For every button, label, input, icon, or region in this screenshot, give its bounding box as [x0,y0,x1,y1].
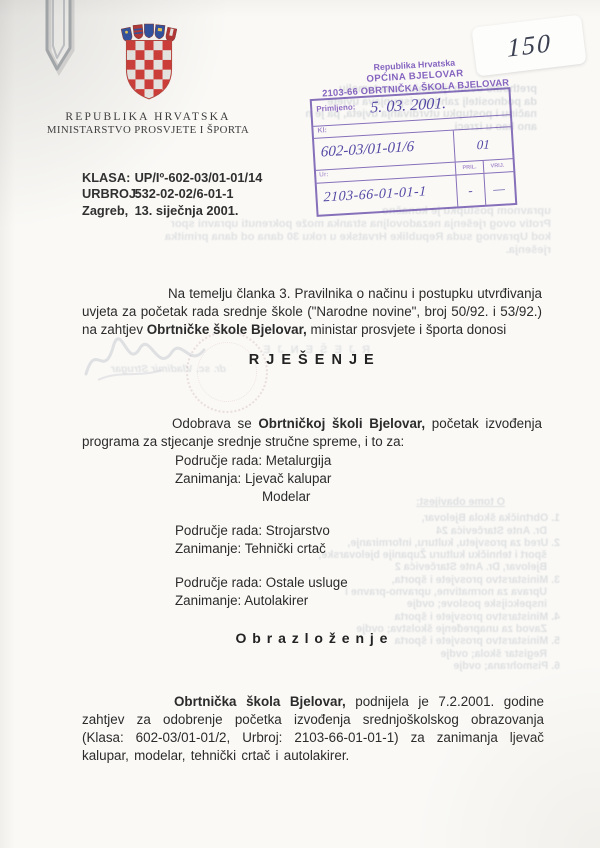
scanned-document-page: prethodio ovom rješenju, a na temelju da… [0,0,600,848]
klasa-value: UP/Iº-602-03/01-01/14 [135,170,263,185]
reference-city: Zagreb, [82,203,131,219]
reference-date: 13. siječnja 2001. [135,203,239,218]
stamp-pril-value-handwritten: - [468,182,473,198]
decision-heading: R J E Š E N J E [82,352,542,368]
program-occupation: Zanimanje: Tehnički crtač [175,540,348,558]
explanation-paragraph: Obrtnička škola Bjelovar, podnijela je 7… [82,693,544,765]
bleed-line: kod Upravnog suda Republike Hrvatske u r… [55,231,551,244]
bleed-line: Protiv ovog rješenja nezadovoljna strank… [55,218,551,231]
stamp-org-unit-handwritten: 01 [476,136,489,153]
letterhead-country: REPUBLIKA HRVATSKA [28,110,268,124]
explanation-school-name: Obrtnička škola Bjelovar, [174,694,346,709]
approval-paragraph: Odobrava se Obrtničkoj školi Bjelovar, p… [82,415,542,451]
program-field: Područje rada: Metalurgija [175,452,348,470]
letterhead-ministry: MINISTARSTVO PROSVJETE I ŠPORTA [28,124,268,137]
program-occupation: Zanimanje: Autolakirer [175,592,348,610]
receipt-stamp-box: Primljeno: 5. 03. 2001. Kl: 602-03/01-01… [310,87,518,217]
approval-school-name: Obrtničkoj školi Bjelovar, [258,416,425,431]
program-group-metalurgija: Područje rada: Metalurgija Zanimanja: Lj… [175,452,348,506]
stamp-vrij-label: VRIJ. [490,163,504,170]
program-group-strojarstvo: Područje rada: Strojarstvo Zanimanje: Te… [175,522,348,558]
stamp-urbroj-handwritten: 2103-66-01-01-1 [323,184,426,206]
program-group-ostale-usluge: Područje rada: Ostale usluge Zanimanje: … [175,574,348,610]
bleed-line: rješenja. [55,244,551,257]
bleed-line: 6. Pismohrana; ovdje [300,660,560,672]
stamp-received-date-handwritten: 5. 03. 2001. [370,95,446,118]
letterhead: REPUBLIKA HRVATSKA MINISTARSTVO PROSVJET… [28,110,268,137]
intro-school-name: Obrtničke škole Bjelovar, [147,322,307,337]
program-field: Područje rada: Ostale usluge [175,574,348,592]
intro-text-post: ministar prosvjete i športa donosi [307,322,506,337]
bleed-line: Registar škola; ovdje [300,648,560,660]
reference-klasa-line: KLASA: UP/Iº-602-03/01-01/14 [82,170,262,186]
croatian-coat-of-arms-icon [121,22,177,104]
reference-block: KLASA: UP/Iº-602-03/01-01/14 URBROJ: 532… [82,170,262,219]
stamp-pril-label: PRIL. [462,164,476,171]
urbroj-value: 532-02-02/6-01-1 [135,186,234,201]
paperclip-icon [34,0,84,80]
stamp-received-label: Primljeno: [316,102,356,113]
urbroj-label: URBROJ: [82,186,131,202]
reference-urbroj-line: URBROJ: 532-02-02/6-01-1 [82,186,262,202]
stamp-klasa-handwritten: 602-03/01-01/6 [321,139,415,162]
klasa-label: KLASA: [82,170,131,186]
stamp-kl-label: Kl: [317,127,327,135]
intro-paragraph: Na temelju članka 3. Pravilnika o načinu… [82,285,542,339]
program-occupation: Zanimanja: Ljevač kalupar [175,470,348,488]
reference-date-line: Zagreb, 13. siječnja 2001. [82,203,262,219]
stamp-vrij-value-handwritten: — [493,180,505,197]
explanation-heading: O b r a z l o ž e n j e [82,630,542,646]
program-list: Područje rada: Metalurgija Zanimanja: Lj… [175,452,348,626]
stamp-ur-label: Ur: [319,171,329,179]
approval-text-pre: Odobrava se [172,416,258,431]
program-occupation: Modelar [175,488,348,506]
program-field: Područje rada: Strojarstvo [175,522,348,540]
